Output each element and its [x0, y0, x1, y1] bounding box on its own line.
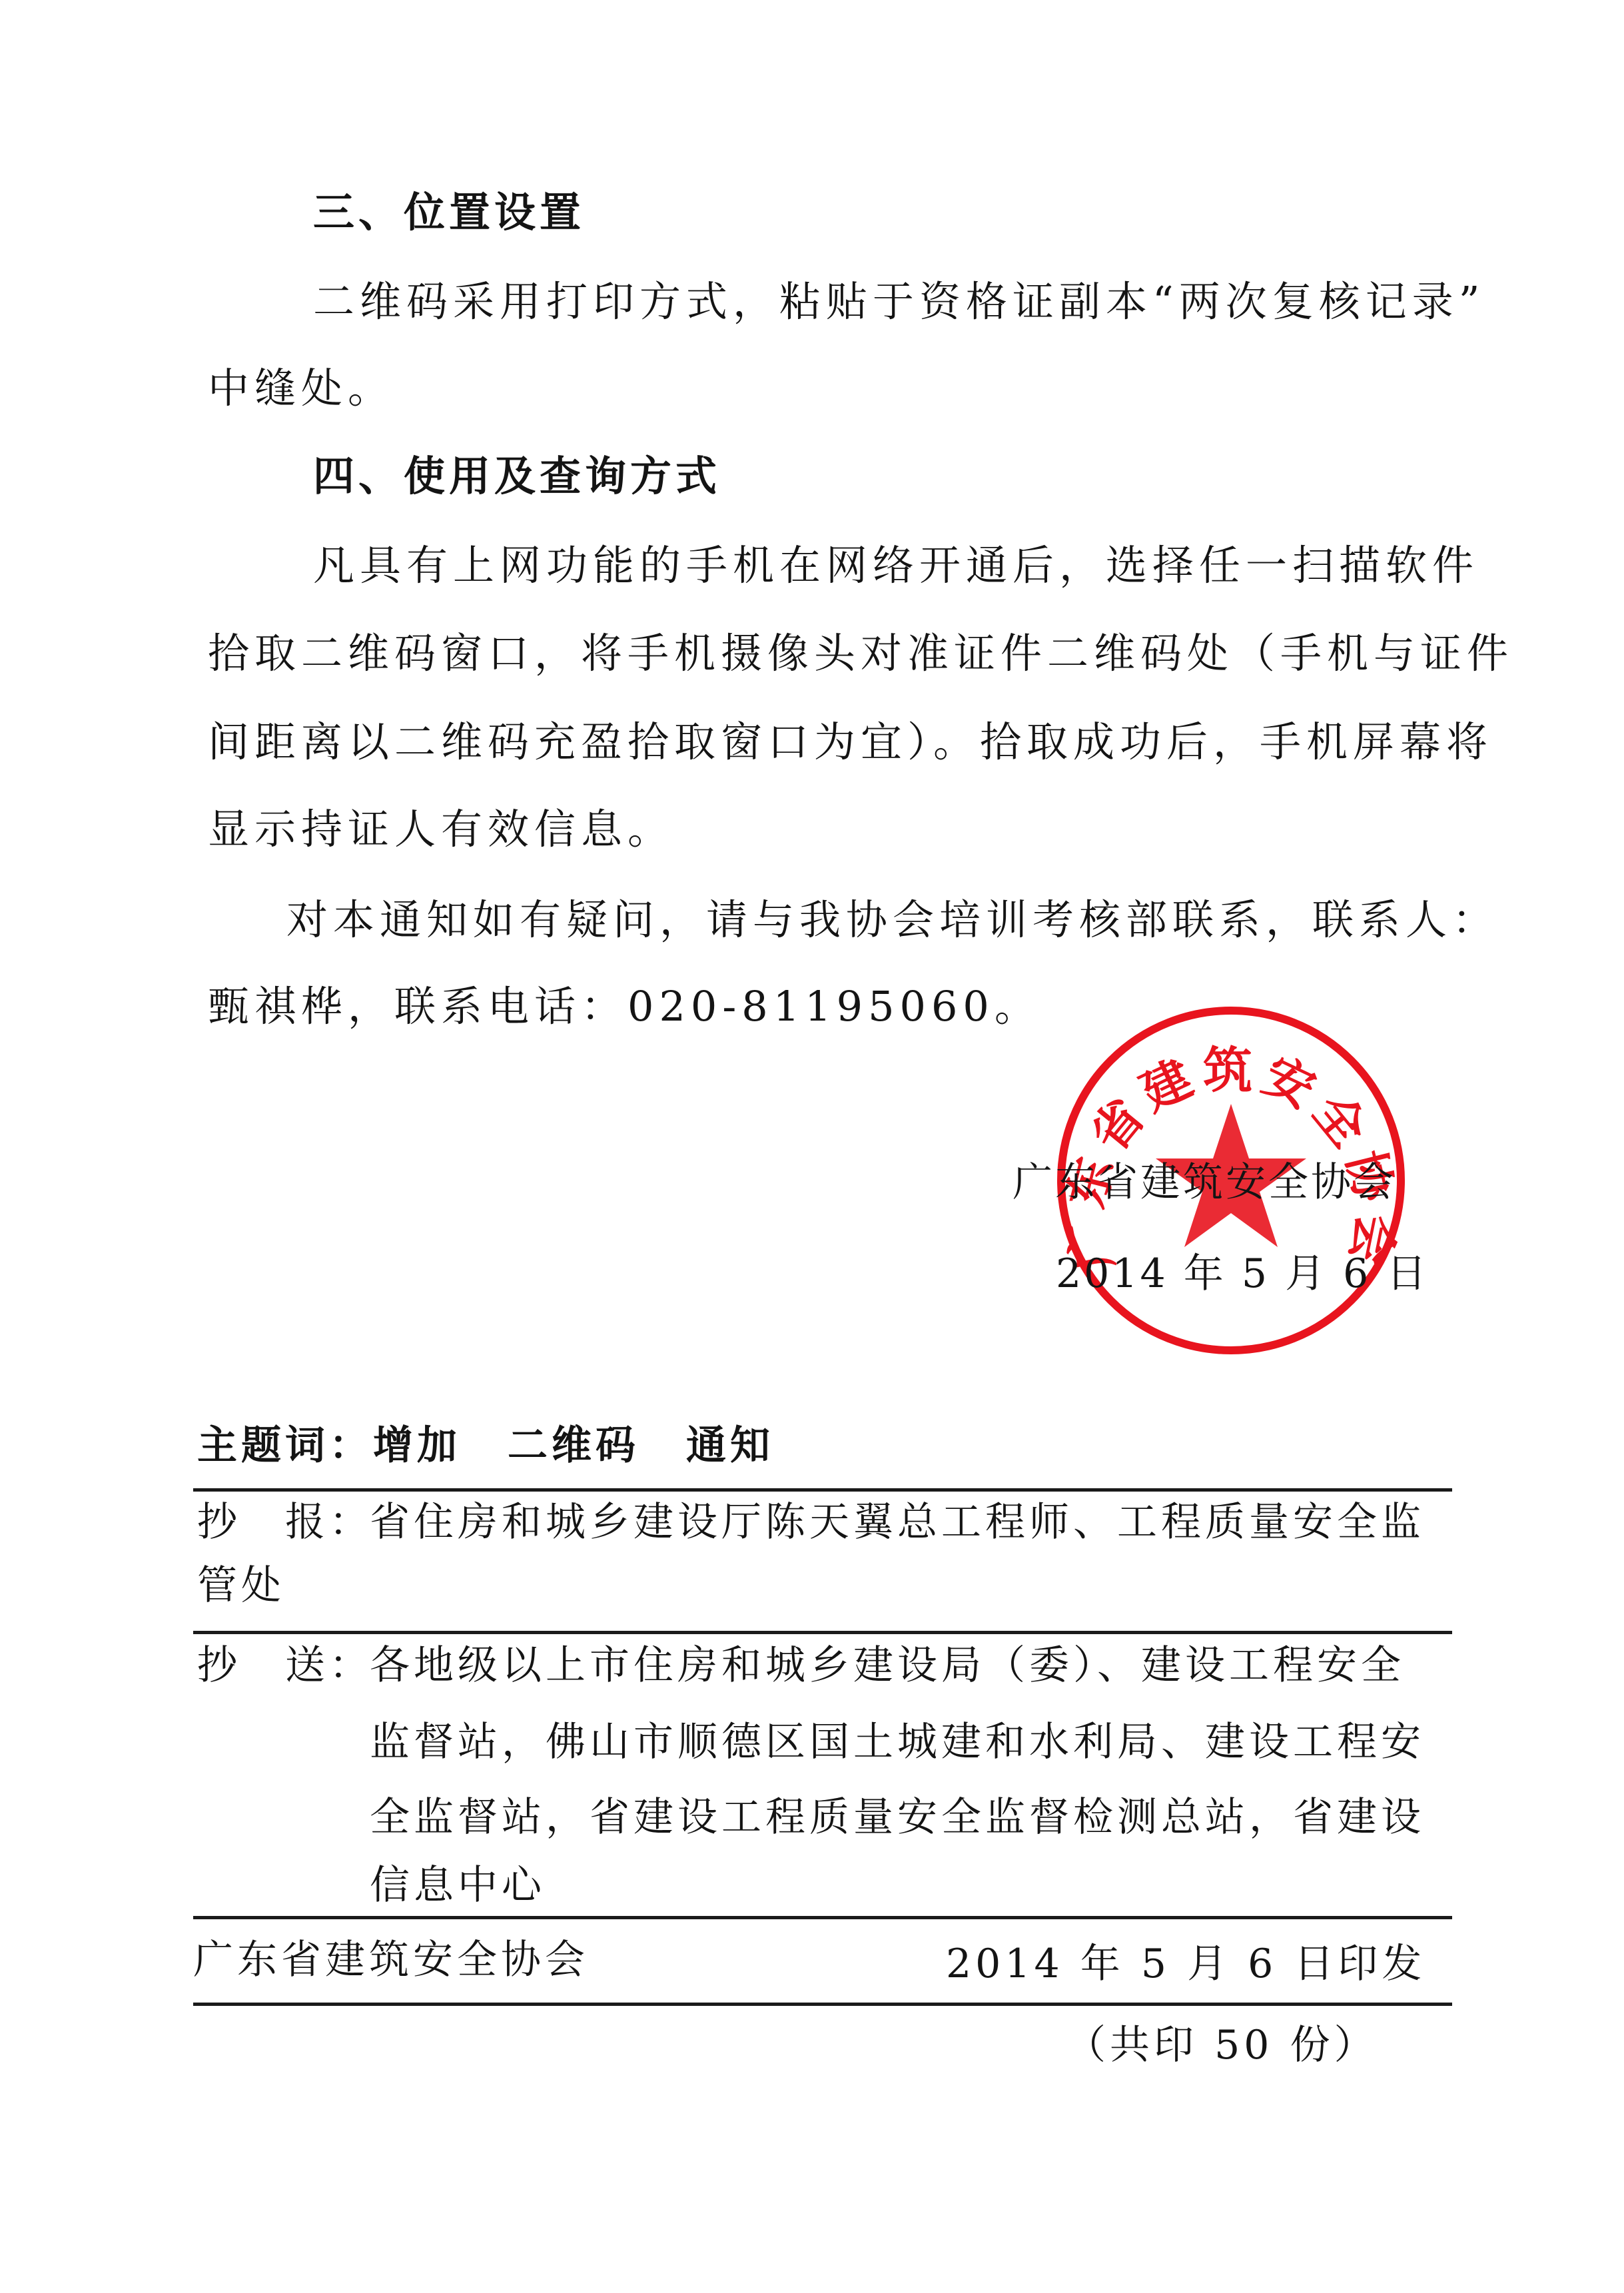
keywords-row: 主题词：增加二维码通知: [197, 1426, 774, 1466]
issuer-name: 广东省建筑安全协会: [193, 1940, 589, 1980]
send-line: 信息中心: [370, 1865, 546, 1905]
contact-line: 对本通知如有疑问，请与我协会培训考核部联系，联系人：: [286, 899, 1499, 941]
copies-count: （共印 50 份）: [1066, 2025, 1378, 2065]
signature-organization: 广东省建筑安全协会: [1013, 1162, 1396, 1202]
divider: [193, 2003, 1452, 2006]
send-label: 抄 送：: [197, 1645, 373, 1685]
paragraph-line: 二维码采用打印方式，粘贴于资格证副本“两次复核记录”: [313, 281, 1485, 322]
send-line: 监督站，佛山市顺德区国土城建和水利局、建设工程安: [370, 1722, 1425, 1762]
divider: [193, 1631, 1452, 1634]
divider: [193, 1916, 1452, 1919]
keyword: 二维码: [508, 1422, 639, 1469]
keyword: 增加: [373, 1422, 461, 1469]
paragraph-line: 间距离以二维码充盈拾取窗口为宜）。拾取成功后，手机屏幕将: [208, 721, 1493, 763]
paragraph-line: 凡具有上网功能的手机在网络开通后，选择任一扫描软件: [313, 545, 1479, 586]
send-line: 全监督站，省建设工程质量安全监督检测总站，省建设: [370, 1797, 1425, 1837]
contact-line: 甄祺桦，联系电话：020-81195060。: [208, 986, 1041, 1027]
section-heading-position: 三、位置设置: [313, 192, 585, 233]
divider: [193, 1488, 1452, 1492]
report-line: 省住房和城乡建设厅陈天翼总工程师、工程质量安全监: [370, 1502, 1425, 1542]
paragraph-line: 中缝处。: [208, 368, 394, 409]
issue-date: 2014 年 5 月 6 日印发: [946, 1944, 1425, 1984]
paragraph-line: 显示持证人有效信息。: [208, 809, 674, 850]
keywords-label: 主题词：: [197, 1422, 373, 1469]
signature-date: 2014 年 5 月 6 日: [1056, 1254, 1429, 1294]
report-line: 管处: [197, 1566, 285, 1605]
paragraph-line: 拾取二维码窗口，将手机摄像头对准证件二维码处（手机与证件: [208, 633, 1513, 674]
report-label: 抄 报：: [197, 1502, 373, 1542]
keyword: 通知: [686, 1422, 774, 1469]
send-line: 各地级以上市住房和城乡建设局（委）、建设工程安全: [370, 1645, 1405, 1685]
section-heading-usage: 四、使用及查询方式: [313, 456, 721, 497]
